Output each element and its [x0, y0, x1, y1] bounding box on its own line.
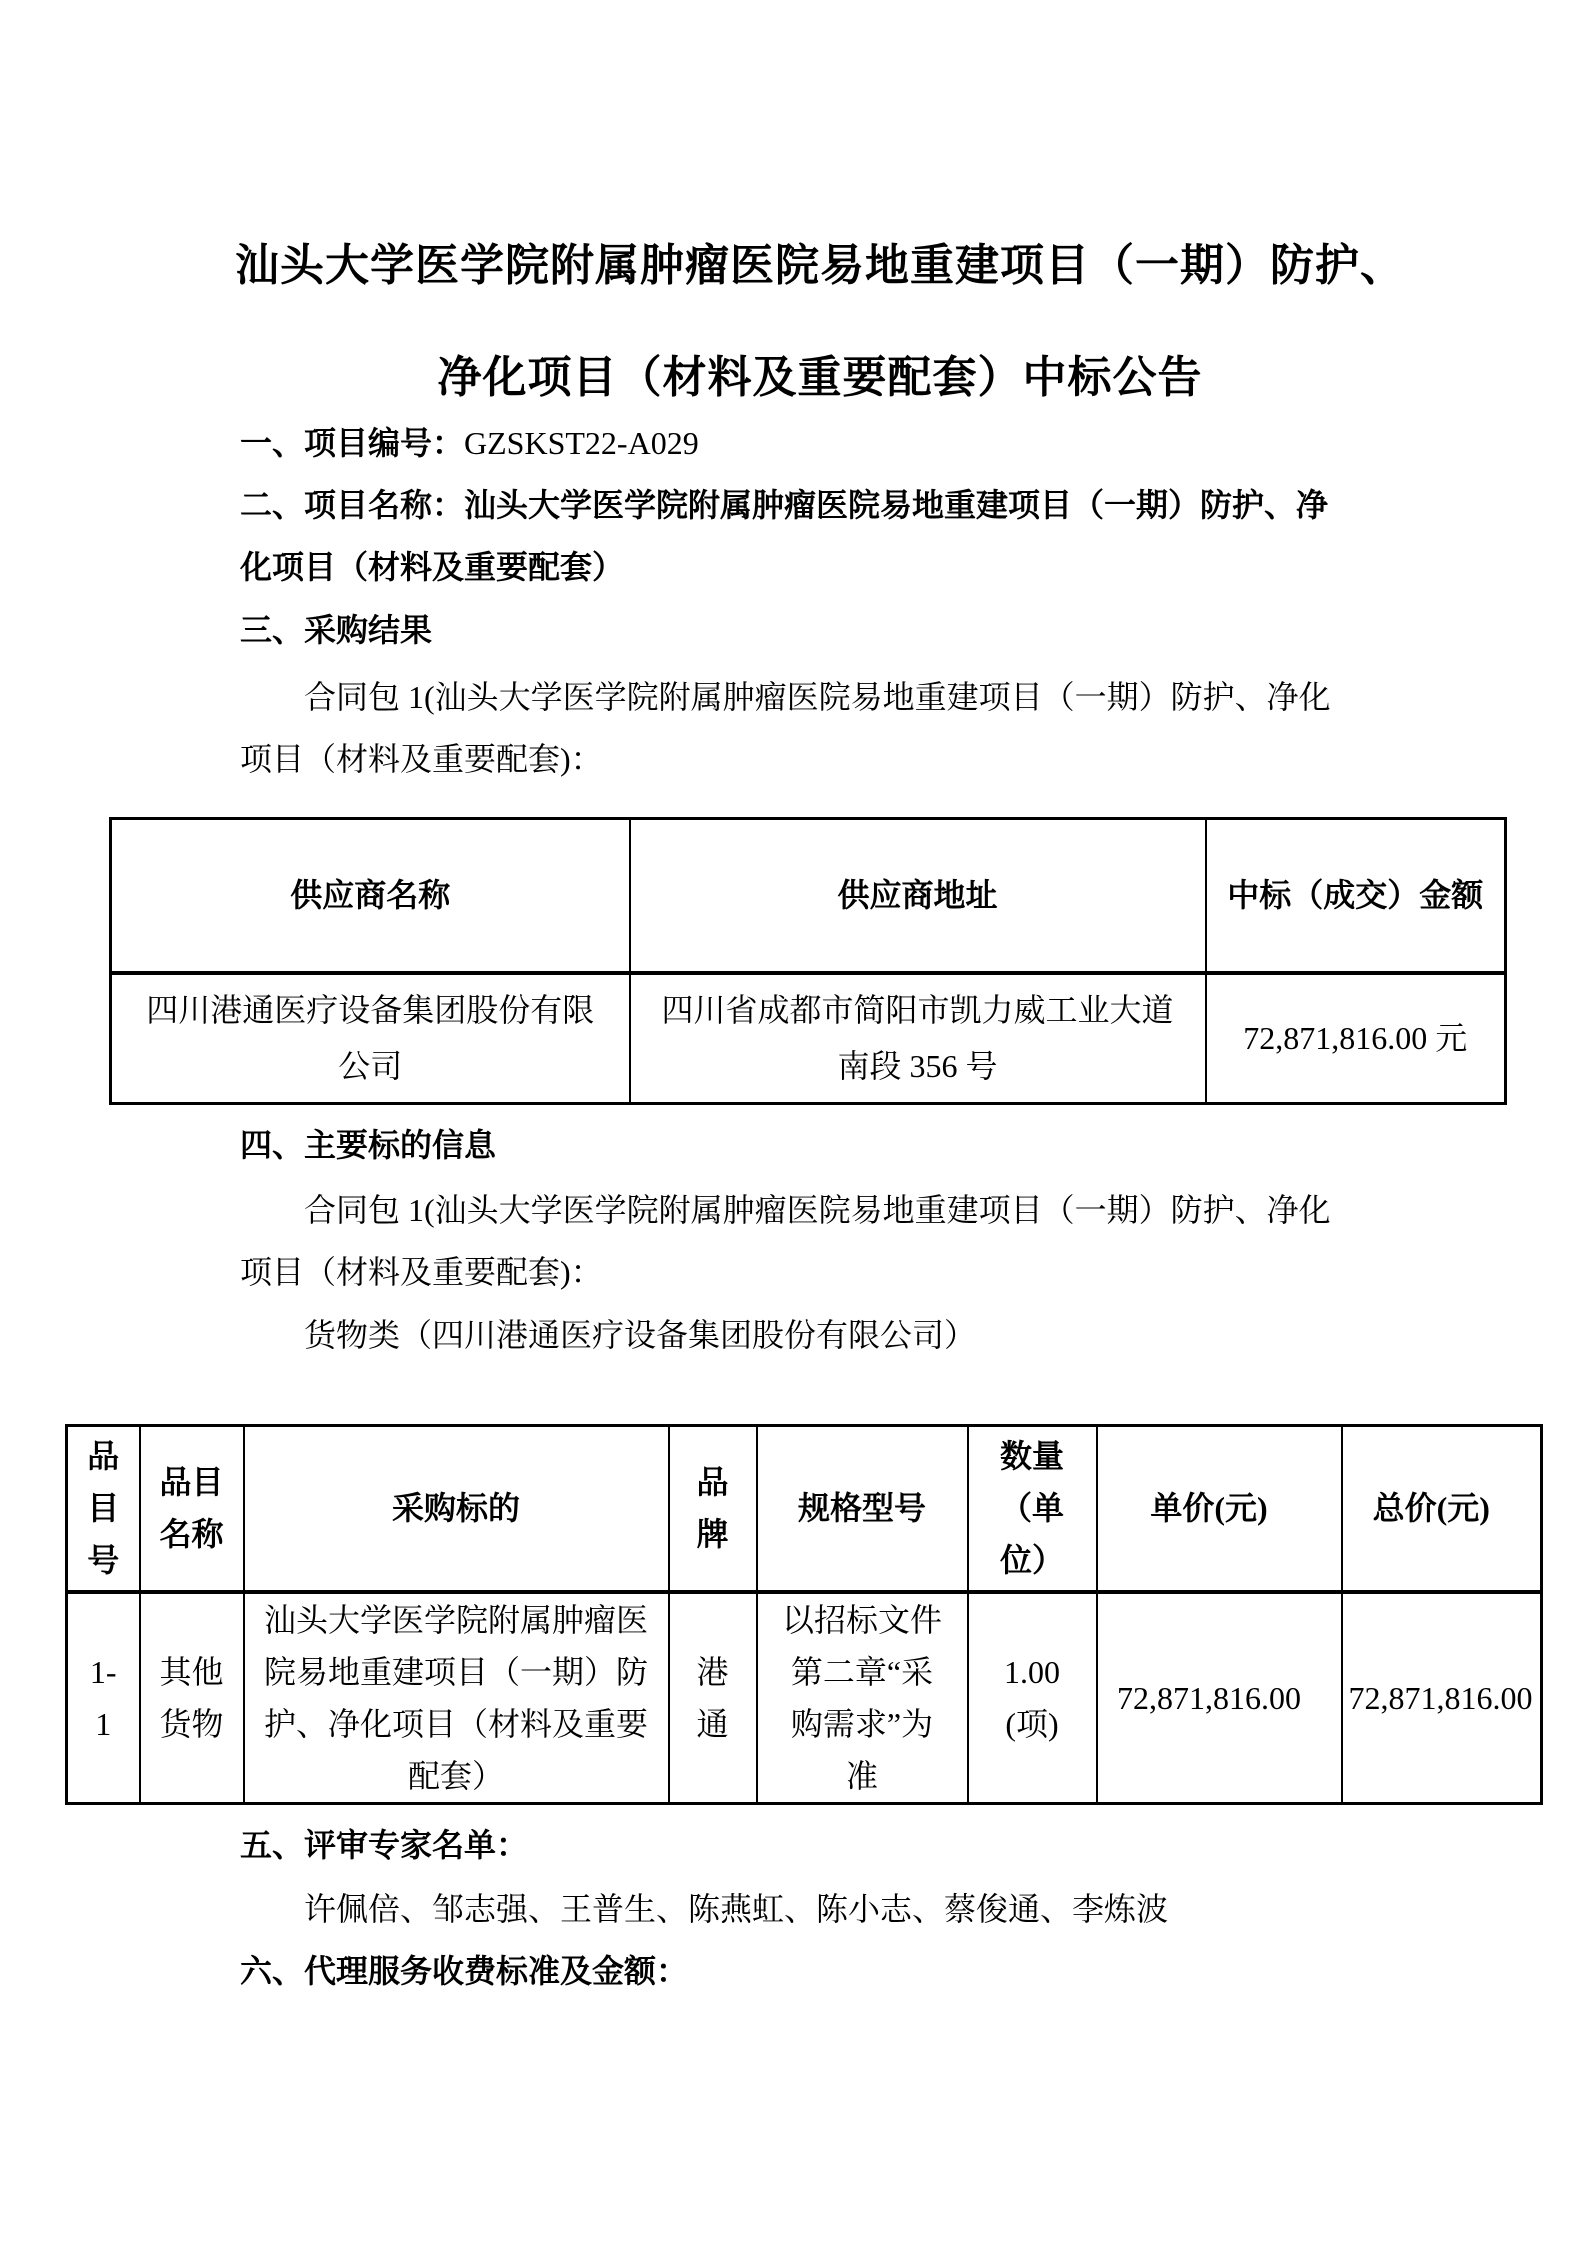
- supplier-table: 供应商名称 供应商地址 中标（成交）金额 四川港通医疗设备集团股份有限 公司 四…: [109, 817, 1507, 1105]
- supplier-name-cell: 四川港通医疗设备集团股份有限 公司: [111, 973, 630, 1104]
- goods-category-line: 货物类（四川港通医疗设备集团股份有限公司）: [240, 1304, 1440, 1366]
- procurement-subject-header: 采购标的: [244, 1426, 669, 1592]
- item-name-header: 品目 名称: [140, 1426, 244, 1592]
- unit-price-cell: 72,871,816.00: [1097, 1592, 1342, 1804]
- supplier-table-header-row: 供应商名称 供应商地址 中标（成交）金额: [111, 819, 1506, 973]
- brand-header: 品 牌: [669, 1426, 757, 1592]
- spec-model-cell: 以招标文件 第二章“采 购需求”为 准: [757, 1592, 968, 1804]
- section-project-number: 一、项目编号：GZSKST22-A029: [240, 412, 1440, 474]
- award-amount-header: 中标（成交）金额: [1206, 819, 1506, 973]
- quantity-unit-cell: 1.00 (项): [968, 1592, 1097, 1804]
- contract-package-paragraph-2: 合同包 1(汕头大学医学院附属肿瘤医院易地重建项目（一期）防护、净化 项目（材料…: [240, 1179, 1440, 1303]
- section-procurement-result: 三、采购结果: [240, 599, 1440, 661]
- project-number-value: GZSKST22-A029: [464, 425, 699, 461]
- section-main-subject-info: 四、主要标的信息: [240, 1114, 1440, 1176]
- supplier-table-row: 四川港通医疗设备集团股份有限 公司 四川省成都市简阳市凯力威工业大道 南段 35…: [111, 973, 1506, 1104]
- brand-cell: 港 通: [669, 1592, 757, 1804]
- items-table: 品 目 号 品目 名称 采购标的 品 牌 规格型号 数量 （单 位） 单价(元)…: [65, 1424, 1543, 1805]
- expert-names-line: 许佩倍、邹志强、王普生、陈燕虹、陈小志、蔡俊通、李炼波: [240, 1878, 1440, 1940]
- item-no-cell: 1- 1: [67, 1592, 140, 1804]
- supplier-address-cell: 四川省成都市简阳市凯力威工业大道 南段 356 号: [630, 973, 1206, 1104]
- spec-model-header: 规格型号: [757, 1426, 968, 1592]
- procurement-subject-cell: 汕头大学医学院附属肿瘤医 院易地重建项目（一期）防 护、净化项目（材料及重要 配…: [244, 1592, 669, 1804]
- total-price-header: 总价(元): [1342, 1426, 1542, 1592]
- page-title: 汕头大学医学院附属肿瘤医院易地重建项目（一期）防护、 净化项目（材料及重要配套）…: [220, 210, 1420, 434]
- section-agency-fee: 六、代理服务收费标准及金额：: [240, 1940, 1440, 2002]
- supplier-address-header: 供应商地址: [630, 819, 1206, 973]
- section-project-name: 二、项目名称：汕头大学医学院附属肿瘤医院易地重建项目（一期）防护、净 化项目（材…: [240, 474, 1440, 598]
- supplier-name-header: 供应商名称: [111, 819, 630, 973]
- section-expert-list: 五、评审专家名单：: [240, 1814, 1440, 1876]
- announcement-page: 汕头大学医学院附属肿瘤医院易地重建项目（一期）防护、 净化项目（材料及重要配套）…: [0, 0, 1587, 2245]
- quantity-unit-header: 数量 （单 位）: [968, 1426, 1097, 1592]
- items-table-header-row: 品 目 号 品目 名称 采购标的 品 牌 规格型号 数量 （单 位） 单价(元)…: [67, 1426, 1542, 1592]
- total-price-cell: 72,871,816.00: [1342, 1592, 1542, 1804]
- item-name-cell: 其他 货物: [140, 1592, 244, 1804]
- unit-price-header: 单价(元): [1097, 1426, 1342, 1592]
- item-no-header: 品 目 号: [67, 1426, 140, 1592]
- items-table-row: 1- 1 其他 货物 汕头大学医学院附属肿瘤医 院易地重建项目（一期）防 护、净…: [67, 1592, 1542, 1804]
- section-project-number-label: 一、项目编号：: [240, 425, 464, 461]
- contract-package-paragraph: 合同包 1(汕头大学医学院附属肿瘤医院易地重建项目（一期）防护、净化 项目（材料…: [240, 666, 1440, 790]
- award-amount-cell: 72,871,816.00 元: [1206, 973, 1506, 1104]
